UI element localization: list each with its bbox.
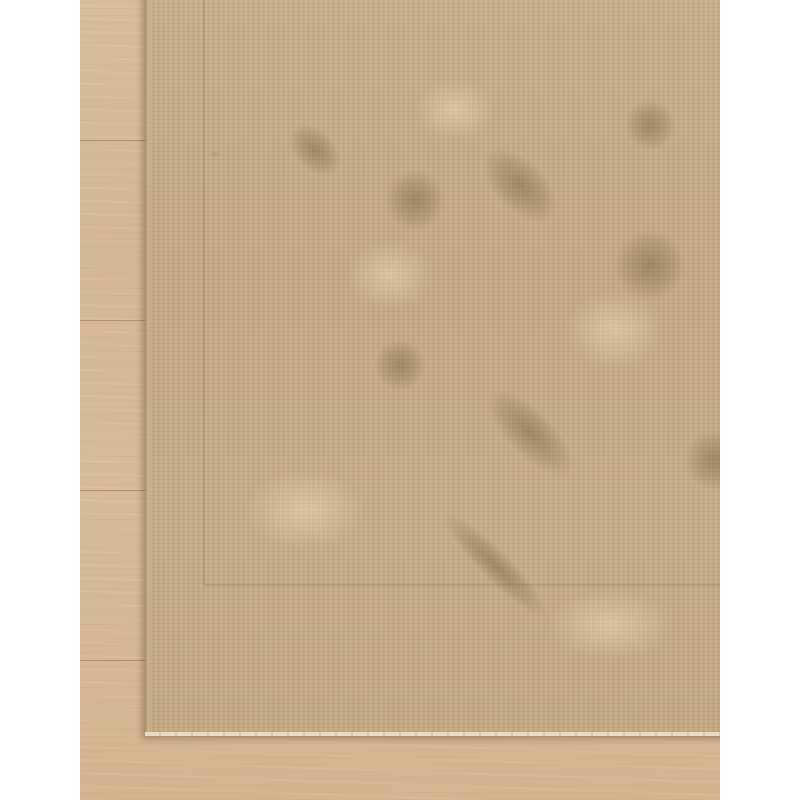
rug-highlight — [345, 240, 435, 310]
floor-plank-seam — [80, 490, 146, 491]
floor-plank-seam — [80, 140, 146, 141]
rug-side-binding — [145, 0, 149, 736]
rug-highlight — [245, 470, 365, 550]
rug-highlight — [565, 290, 665, 370]
rug-fringe — [145, 732, 720, 736]
product-photo — [80, 0, 720, 800]
rug-highlight — [545, 590, 675, 660]
floor-plank-seam — [80, 320, 146, 321]
area-rug — [145, 0, 720, 736]
floor-plank-seam — [80, 660, 146, 661]
rug-highlight — [415, 80, 495, 140]
